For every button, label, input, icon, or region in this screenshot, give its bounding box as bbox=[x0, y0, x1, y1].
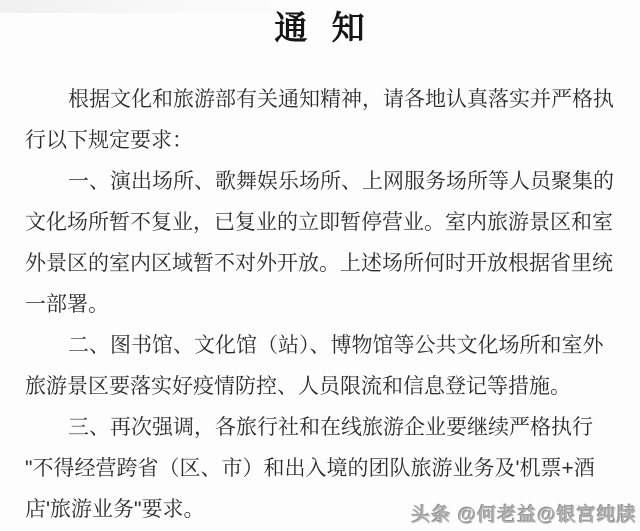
notice-line: 外景区的室内区域暂不对外开放。上述场所何时开放根据省里统 bbox=[25, 243, 625, 284]
notice-line: 旅游景区要落实好疫情防控、人员限流和信息登记等措施。 bbox=[25, 366, 625, 407]
notice-line: "不得经营跨省（区、市）和出入境的团队旅游业务及'机票+酒 bbox=[25, 448, 625, 489]
notice-line: 三、再次强调，各旅行社和在线旅游企业要继续严格执行 bbox=[25, 407, 625, 448]
notice-line: 二、图书馆、文化馆（站）、博物馆等公共文化场所和室外 bbox=[25, 325, 625, 366]
notice-line: 一、演出场所、歌舞娱乐场所、上网服务场所等人员聚集的 bbox=[25, 161, 625, 202]
toutiao-watermark: 头条 @何老益@银宫纯牍 bbox=[412, 500, 637, 527]
notice-body: 根据文化和旅游部有关通知精神，请各地认真落实并严格执 行以下规定要求： 一、演出… bbox=[25, 79, 625, 530]
notice-title: 通 知 bbox=[0, 2, 640, 49]
notice-line: 根据文化和旅游部有关通知精神，请各地认真落实并严格执 bbox=[25, 79, 625, 120]
notice-line: 一部署。 bbox=[25, 284, 625, 325]
notice-line: 行以下规定要求： bbox=[25, 120, 625, 161]
notice-document: 通 知 根据文化和旅游部有关通知精神，请各地认真落实并严格执 行以下规定要求： … bbox=[0, 0, 640, 531]
notice-line: 文化场所暂不复业，已复业的立即暂停营业。室内旅游景区和室 bbox=[25, 202, 625, 243]
